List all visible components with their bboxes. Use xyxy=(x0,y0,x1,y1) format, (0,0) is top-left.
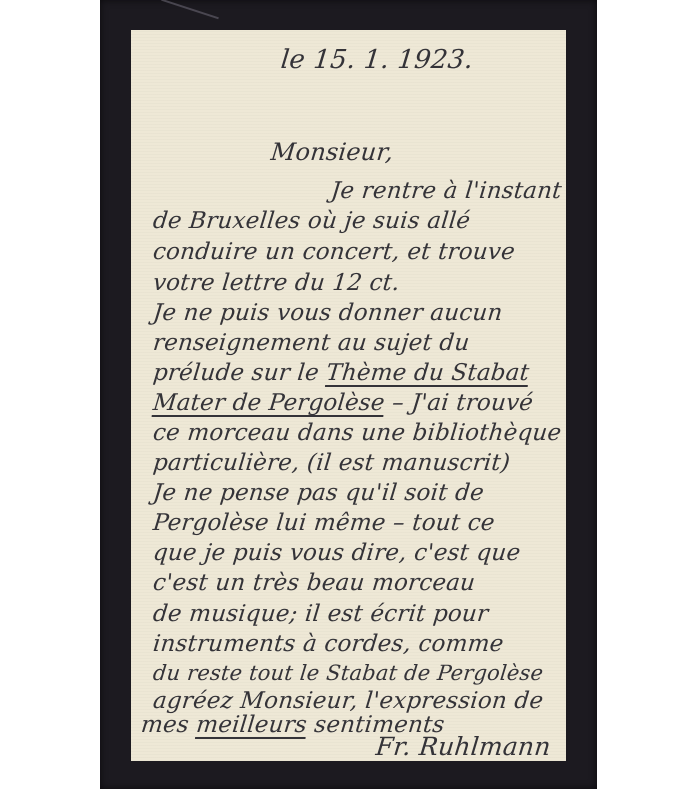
body-line: Mater de Pergolèse – J'ai trouvé xyxy=(152,392,534,415)
body-line: de Bruxelles où je suis allé xyxy=(152,210,472,233)
body-text: – J'ai trouvé xyxy=(383,390,534,416)
body-line: Je ne puis vous donner aucun xyxy=(152,302,504,325)
body-line: votre lettre du 12 ct. xyxy=(152,272,401,295)
body-line: c'est un très beau morceau xyxy=(152,572,477,595)
body-line: renseignement au sujet du xyxy=(152,332,471,355)
body-text: mes xyxy=(140,712,198,738)
body-line: Je rentre à l'instant xyxy=(330,180,563,203)
body-line: de musique; il est écrit pour xyxy=(152,603,490,626)
salutation: Monsieur, xyxy=(270,140,395,164)
underlined-title: Mater de Pergolèse xyxy=(152,390,386,416)
body-line: Je ne pense pas qu'il soit de xyxy=(152,482,485,505)
body-line: conduire un concert, et trouve xyxy=(152,241,516,264)
body-line: que je puis vous dire, c'est que xyxy=(152,542,522,565)
signature: Fr. Ruhlmann xyxy=(375,734,552,759)
body-line: prélude sur le Thème du Stabat xyxy=(152,362,530,385)
letter-page: le 15. 1. 1923. Monsieur, Je rentre à l'… xyxy=(131,30,566,761)
body-text: prélude sur le xyxy=(152,360,328,386)
underlined-word: meilleurs xyxy=(195,712,308,738)
body-line: Pergolèse lui même – tout ce xyxy=(152,512,496,535)
body-line: du reste tout le Stabat de Pergolèse xyxy=(152,663,544,684)
body-line: agréez Monsieur, l'expression de xyxy=(152,690,545,713)
underlined-title: Thème du Stabat xyxy=(325,360,530,386)
body-line: ce morceau dans une bibliothèque xyxy=(152,422,563,445)
body-line: particulière, (il est manuscrit) xyxy=(152,452,511,475)
letter-date: le 15. 1. 1923. xyxy=(280,47,475,73)
body-line: instruments à cordes, comme xyxy=(152,633,505,656)
